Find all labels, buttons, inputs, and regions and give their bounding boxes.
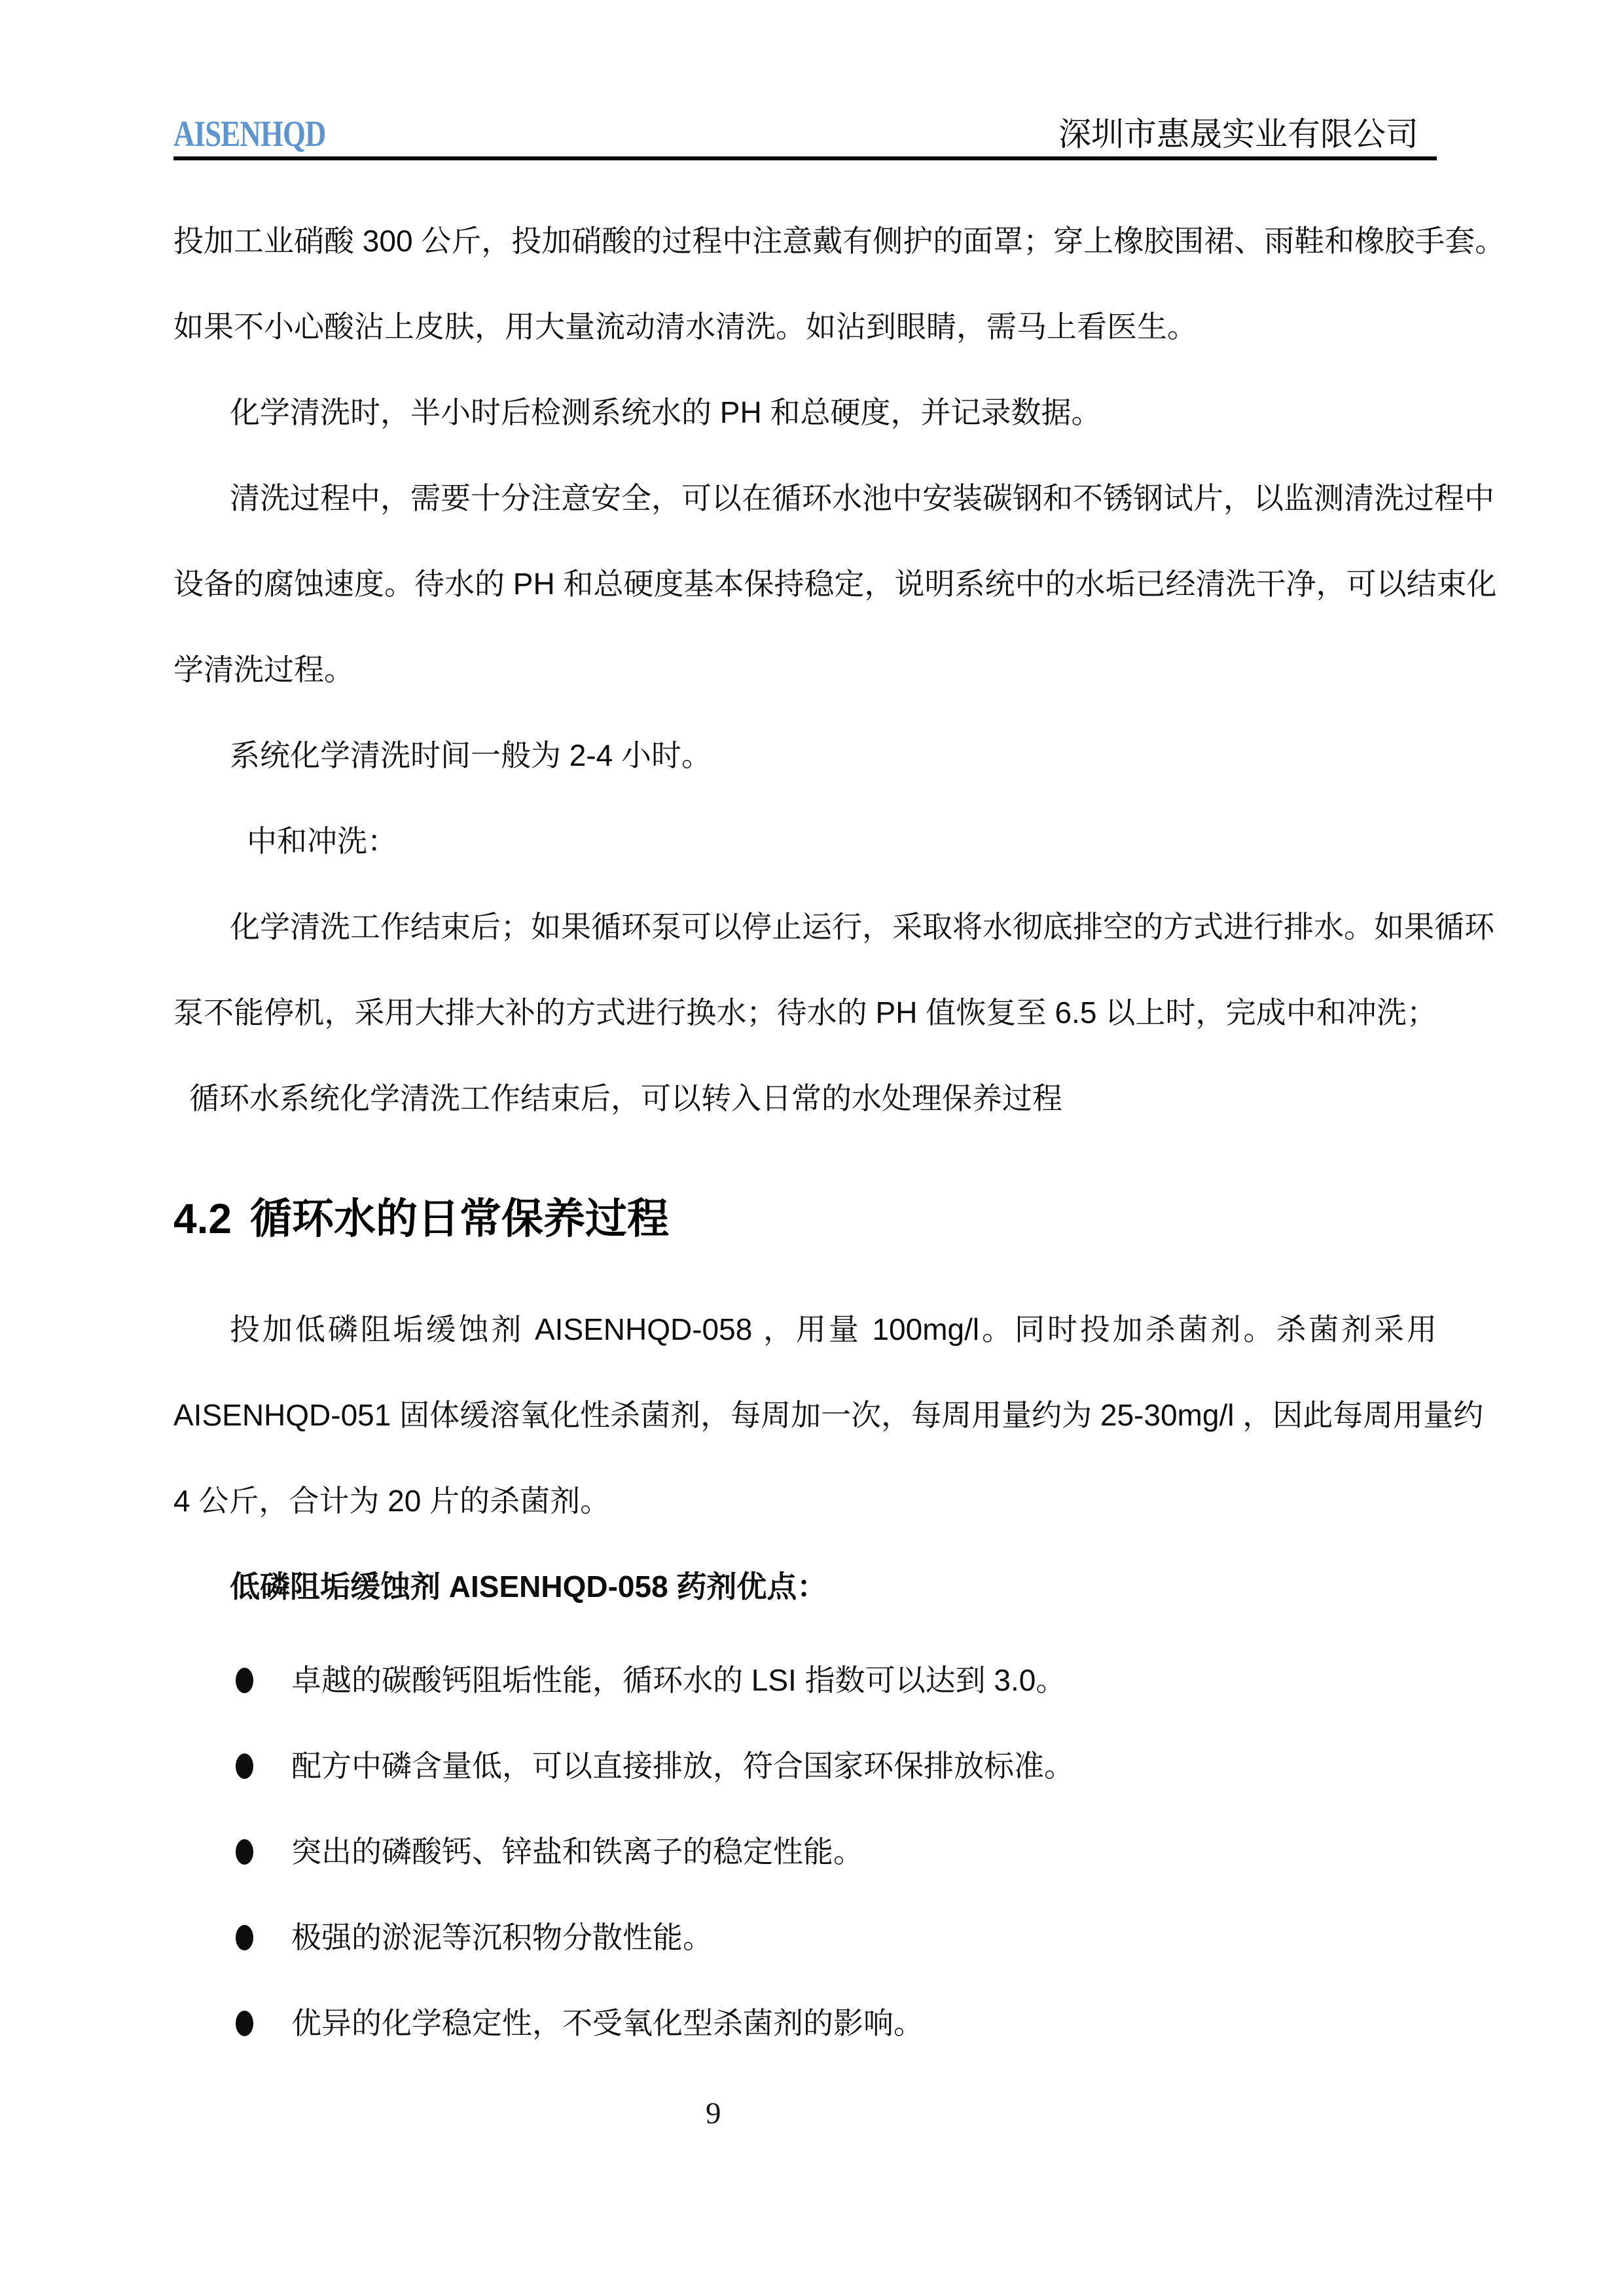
- section-title: 循环水的日常保养过程: [250, 1195, 669, 1242]
- body-line: 中和冲洗：: [173, 798, 1437, 884]
- page-number: 9: [706, 2097, 721, 2130]
- section-heading: 4.2循环水的日常保养过程: [173, 1191, 1437, 1246]
- company-name: 深圳市惠晟实业有限公司: [1058, 115, 1437, 153]
- body-line: 如果不小心酸沾上皮肤，用大量流动清水清洗。如沾到眼睛，需马上看医生。: [173, 284, 1437, 370]
- section-number: 4.2: [173, 1195, 232, 1242]
- body-line: 系统化学清洗时间一般为 2-4 小时。: [173, 713, 1437, 798]
- list-item: 优异的化学稳定性，不受氧化型杀菌剂的影响。: [173, 1981, 1437, 2066]
- body-line: 学清洗过程。: [173, 627, 1437, 713]
- bullet-icon: [236, 1839, 253, 1865]
- body-line: 泵不能停机，采用大排大补的方式进行换水；待水的 PH 值恢复至 6.5 以上时，…: [173, 970, 1437, 1056]
- bullet-icon: [236, 2011, 253, 2036]
- advantages-list: 卓越的碳酸钙阻垢性能，循环水的 LSI 指数可以达到 3.0。 配方中磷含量低，…: [173, 1638, 1437, 2066]
- body-line: 化学清洗时，半小时后检测系统水的 PH 和总硬度，并记录数据。: [173, 370, 1437, 456]
- bullet-icon: [236, 1668, 253, 1693]
- body-line: 循环水系统化学清洗工作结束后，可以转入日常的水处理保养过程: [173, 1056, 1437, 1141]
- body-line: 4 公斤，合计为 20 片的杀菌剂。: [173, 1458, 1437, 1544]
- list-item: 配方中磷含量低，可以直接排放，符合国家环保排放标准。: [173, 1723, 1437, 1809]
- advantages-label: 低磷阻垢缓蚀剂 AISENHQD-058 药剂优点：: [173, 1544, 1437, 1630]
- body-line: 清洗过程中，需要十分注意安全，可以在循环水池中安装碳钢和不锈钢试片，以监测清洗过…: [173, 456, 1437, 541]
- section-body: 投加低磷阻垢缓蚀剂 AISENHQD-058 ，用量 100mg/l。同时投加杀…: [173, 1287, 1437, 1630]
- body-line: 投加低磷阻垢缓蚀剂 AISENHQD-058 ，用量 100mg/l。同时投加杀…: [173, 1287, 1437, 1372]
- list-item-text: 优异的化学稳定性，不受氧化型杀菌剂的影响。: [291, 2006, 924, 2040]
- body-line: 化学清洗工作结束后；如果循环泵可以停止运行，采取将水彻底排空的方式进行排水。如果…: [173, 884, 1437, 970]
- list-item: 突出的磷酸钙、锌盐和铁离子的稳定性能。: [173, 1809, 1437, 1895]
- body-line: 设备的腐蚀速度。待水的 PH 和总硬度基本保持稳定，说明系统中的水垢已经清洗干净…: [173, 541, 1437, 627]
- document-page: AISENHQD 深圳市惠晟实业有限公司 投加工业硝酸 300 公斤，投加硝酸的…: [0, 0, 1624, 2296]
- bullet-icon: [236, 1753, 253, 1779]
- list-item: 卓越的碳酸钙阻垢性能，循环水的 LSI 指数可以达到 3.0。: [173, 1638, 1437, 1723]
- bullet-icon: [236, 1925, 253, 1950]
- body-line: AISENHQD-051 固体缓溶氧化性杀菌剂，每周加一次，每周用量约为 25-…: [173, 1372, 1437, 1458]
- company-logo-text: AISENHQD: [173, 115, 326, 153]
- list-item-text: 配方中磷含量低，可以直接排放，符合国家环保排放标准。: [291, 1749, 1074, 1783]
- list-item-text: 卓越的碳酸钙阻垢性能，循环水的 LSI 指数可以达到 3.0。: [291, 1663, 1066, 1697]
- list-item-text: 突出的磷酸钙、锌盐和铁离子的稳定性能。: [291, 1835, 863, 1869]
- document-body: 投加工业硝酸 300 公斤，投加硝酸的过程中注意戴有侧护的面罩；穿上橡胶围裙、雨…: [173, 198, 1437, 2066]
- page-header: AISENHQD 深圳市惠晟实业有限公司: [173, 115, 1437, 160]
- list-item: 极强的淤泥等沉积物分散性能。: [173, 1895, 1437, 1981]
- list-item-text: 极强的淤泥等沉积物分散性能。: [291, 1920, 713, 1954]
- body-line: 投加工业硝酸 300 公斤，投加硝酸的过程中注意戴有侧护的面罩；穿上橡胶围裙、雨…: [173, 198, 1437, 284]
